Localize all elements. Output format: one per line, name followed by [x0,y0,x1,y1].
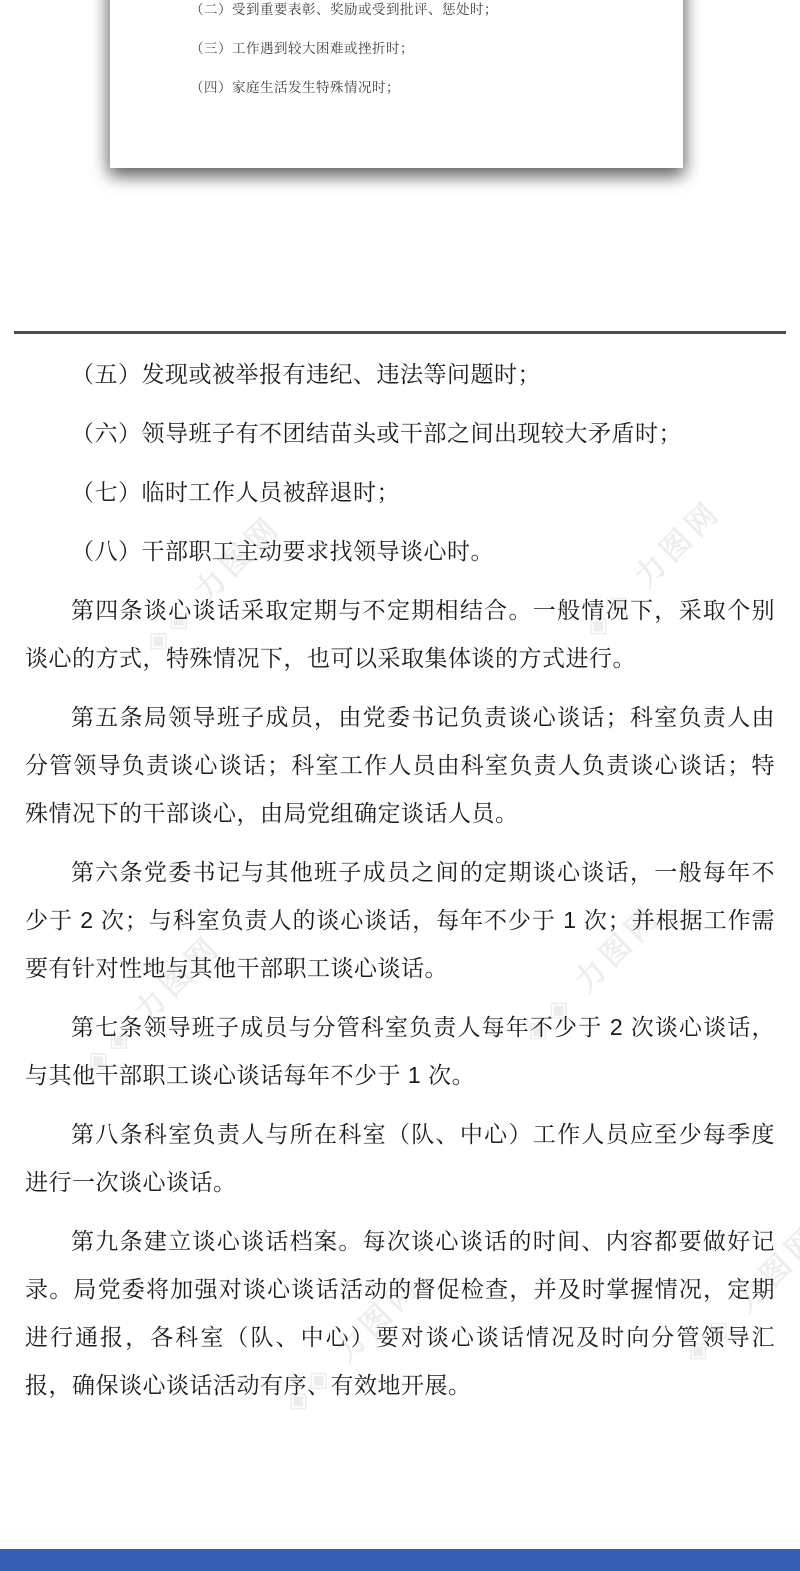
section-divider [14,331,786,334]
document-preview-stage: ◈◈ 力图网◈◈ 力图网◈◈ 力图网◈◈ 力图网◈◈ 力图网◈◈ 力图网 （二）… [0,0,800,1571]
doc-paragraph: 第八条科室负责人与所在科室（队、中心）工作人员应至少每季度进行一次谈心谈话。 [25,1110,775,1206]
doc-paragraph: 第五条局领导班子成员，由党委书记负责谈心谈话；科室负责人由分管领导负责谈心谈话；… [25,693,775,837]
doc-paragraph: （六）领导班子有不团结苗头或干部之间出现较大矛盾时； [25,409,775,457]
doc-paragraph: 第六条党委书记与其他班子成员之间的定期谈心谈话，一般每年不少于 2 次；与科室负… [25,848,775,992]
doc-paragraph: 第七条领导班子成员与分管科室负责人每年不少于 2 次谈心谈话，与其他干部职工谈心… [25,1003,775,1099]
page-preview-line: （二）受到重要表彰、奖励或受到批评、惩处时； [190,0,663,29]
doc-paragraph: 第四条谈心谈话采取定期与不定期相结合。一般情况下，采取个别谈心的方式，特殊情况下… [25,586,775,682]
doc-paragraph: （八）干部职工主动要求找领导谈心时。 [25,527,775,575]
footer-bar [0,1549,800,1571]
doc-paragraph: 第九条建立谈心谈话档案。每次谈心谈话的时间、内容都要做好记录。局党委将加强对谈心… [25,1217,775,1409]
doc-paragraph: （七）临时工作人员被辞退时； [25,468,775,516]
page-preview-line: （三）工作遇到较大困难或挫折时； [190,29,663,68]
page-preview-line: （四）家庭生活发生特殊情况时； [190,68,663,107]
document-page-preview: （二）受到重要表彰、奖励或受到批评、惩处时；（三）工作遇到较大困难或挫折时；（四… [110,0,683,168]
document-body-text: （五）发现或被举报有违纪、违法等问题时；（六）领导班子有不团结苗头或干部之间出现… [0,350,800,1420]
doc-paragraph: （五）发现或被举报有违纪、违法等问题时； [25,350,775,398]
page-root: { "colors": { "footer_blue": "#345fb4", … [0,0,800,1571]
page-preview-text-block: （二）受到重要表彰、奖励或受到批评、惩处时；（三）工作遇到较大困难或挫折时；（四… [190,0,663,107]
